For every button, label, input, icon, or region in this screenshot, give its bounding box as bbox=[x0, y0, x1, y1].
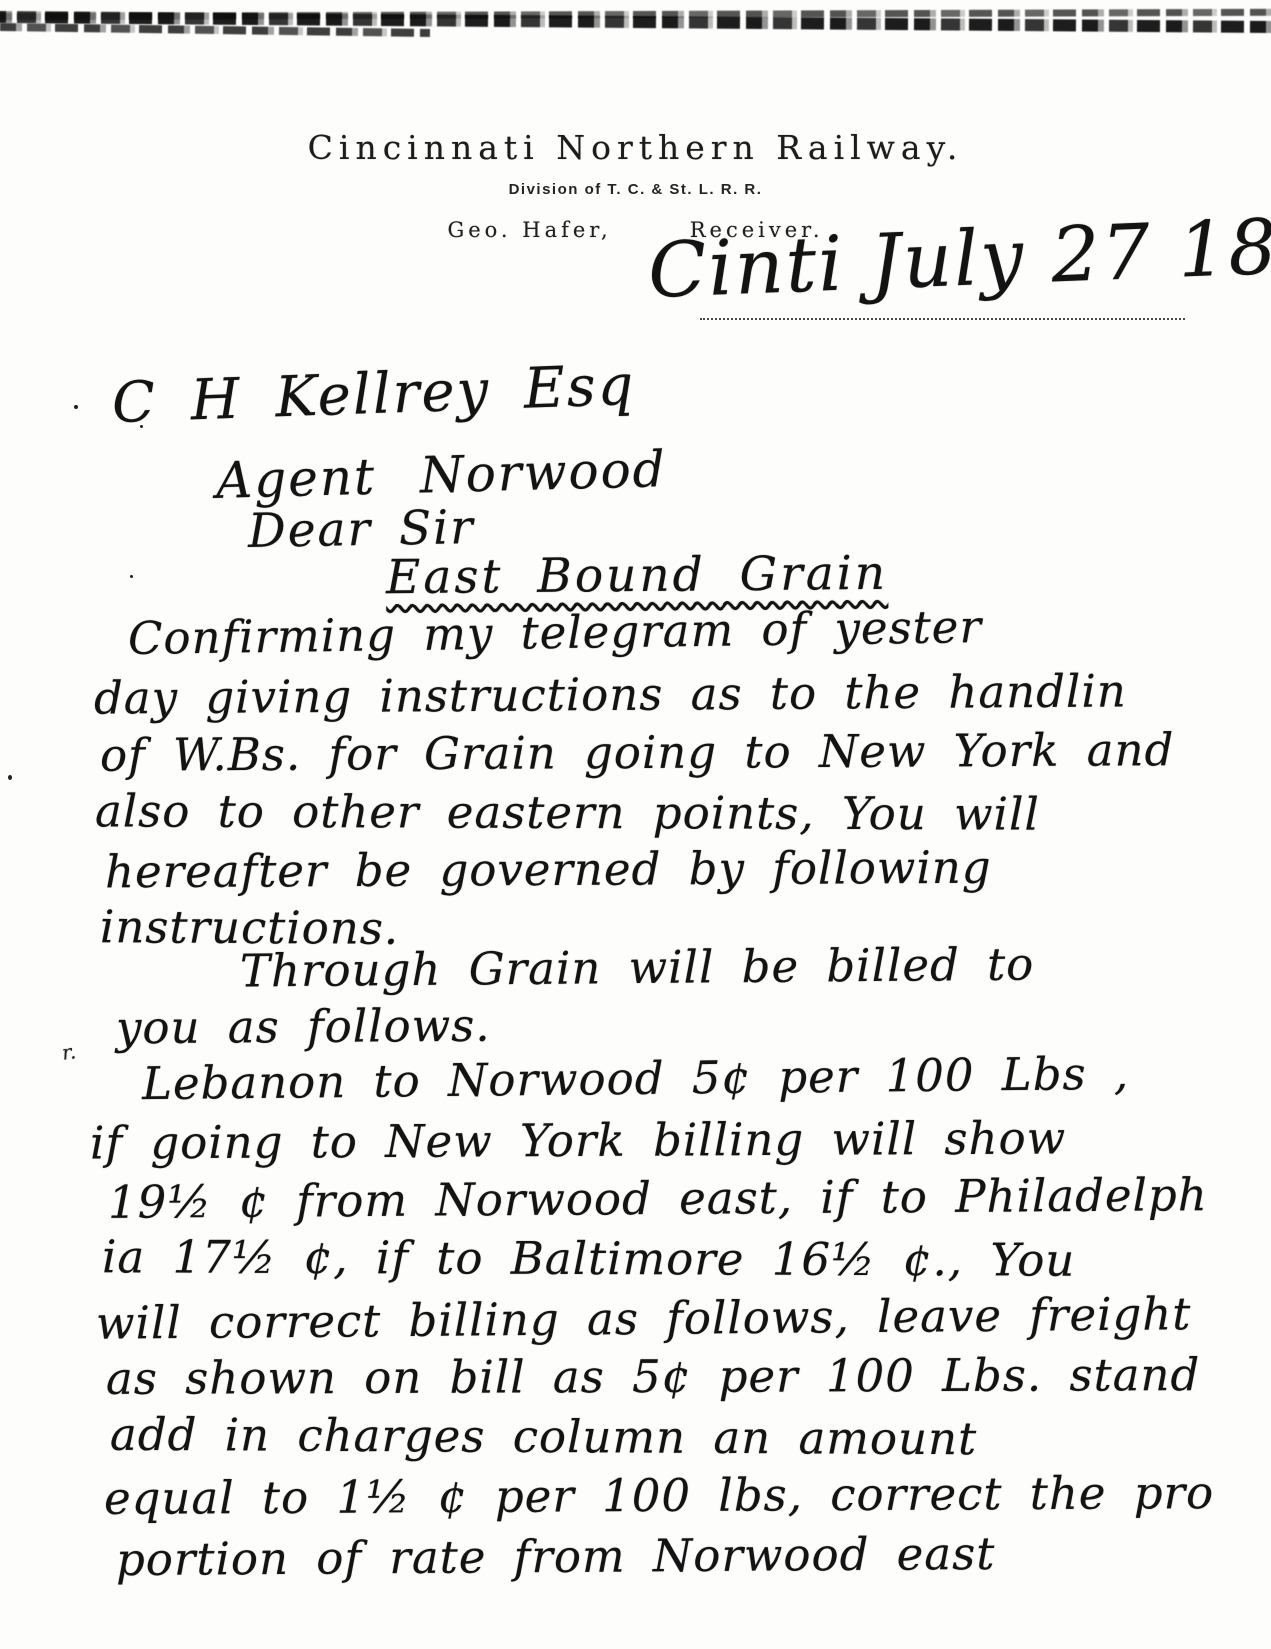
body-line: Lebanon to Norwood 5¢ per 100 Lbs , bbox=[142, 1047, 1130, 1110]
printed-date-rule bbox=[700, 318, 1185, 320]
recipient-name: C H Kellrey Esq bbox=[111, 353, 636, 436]
body-line: 19½ ¢ from Norwood east, if to Philadelp… bbox=[108, 1168, 1208, 1229]
stray-ink-mark: r. bbox=[60, 1039, 77, 1065]
body-line: Confirming my telegram of yester bbox=[128, 600, 983, 665]
ink-speck bbox=[74, 405, 78, 409]
body-line: equal to 1½ ¢ per 100 lbs, correct the p… bbox=[104, 1466, 1214, 1525]
recipient-role: Agent Norwood bbox=[215, 440, 667, 510]
body-line: Through Grain will be billed to bbox=[240, 938, 1035, 998]
body-line: of W.Bs. for Grain going to New York and bbox=[100, 723, 1175, 782]
body-line: portion of rate from Norwood east bbox=[116, 1527, 996, 1586]
body-line: hereafter be governed by following bbox=[105, 841, 992, 899]
body-line: also to other eastern points, You will bbox=[95, 784, 1040, 840]
letterhead-company-name: Cincinnati Northern Railway. bbox=[0, 128, 1271, 167]
body-line: will correct billing as follows, leave f… bbox=[96, 1287, 1192, 1350]
ink-speck bbox=[130, 575, 133, 578]
letterhead-receiver-name: Geo. Hafer, bbox=[447, 218, 611, 242]
body-line: you as follows. bbox=[116, 999, 491, 1055]
body-line: if going to New York billing will show bbox=[90, 1111, 1066, 1169]
body-line: add in charges column an amount bbox=[110, 1408, 977, 1466]
ink-speck bbox=[8, 775, 12, 780]
handwritten-dateline: Cinti July 27 1884 bbox=[647, 198, 1271, 315]
body-line: ia 17½ ¢, if to Baltimore 16½ ¢., You bbox=[102, 1230, 1076, 1286]
body-line: day giving instructions as to the handli… bbox=[94, 664, 1127, 724]
letterhead-division-line: Division of T. C. & St. L. R. R. bbox=[0, 181, 1271, 198]
subject-line: East Bound Grain bbox=[386, 546, 888, 605]
body-line: as shown on bill as 5¢ per 100 Lbs. stan… bbox=[106, 1348, 1200, 1405]
scanned-letter-page: Cincinnati Northern Railway. Division of… bbox=[0, 0, 1271, 1649]
